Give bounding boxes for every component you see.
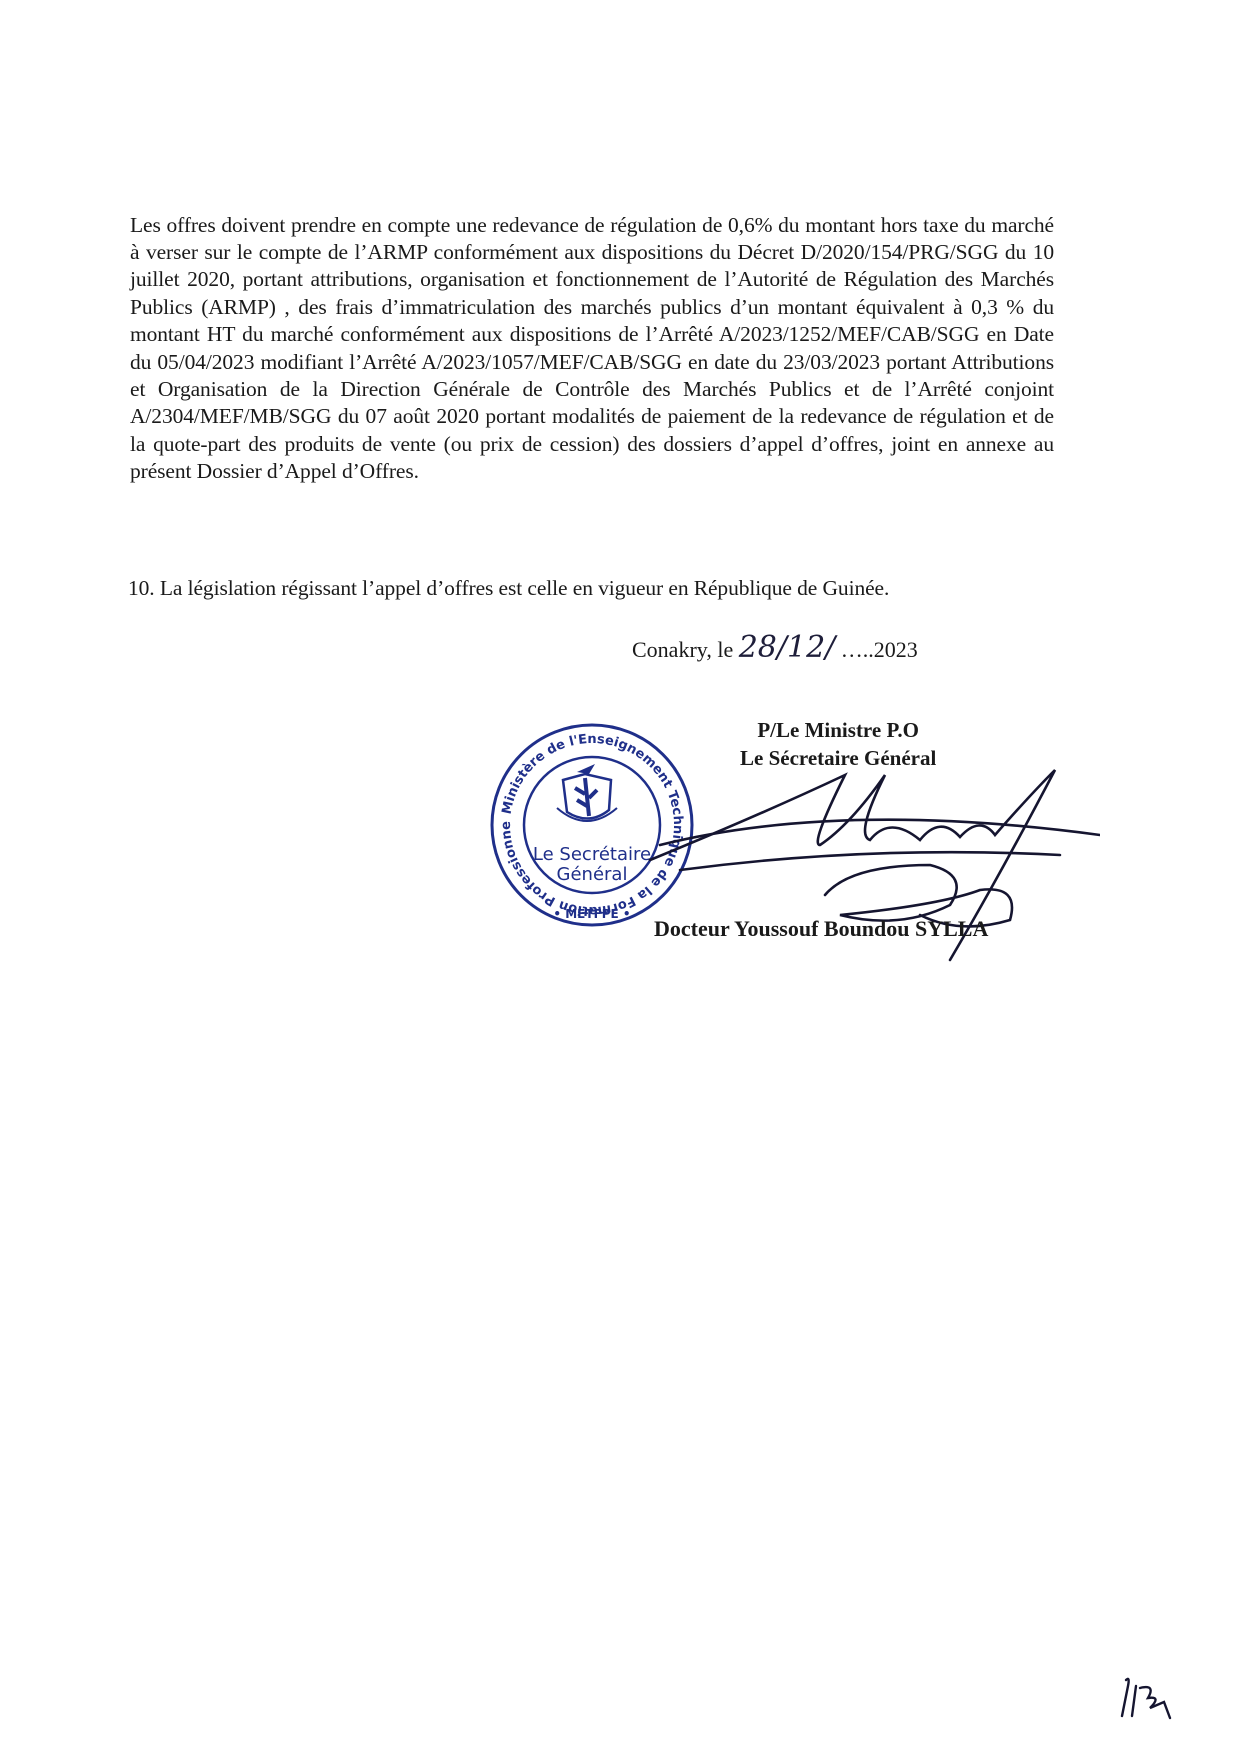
signatory-name: Docteur Youssouf Boundou SYLLA [654,916,988,942]
coat-of-arms-icon [557,764,617,821]
handwritten-date: 28/12/ [739,630,836,665]
page-initials [1118,1672,1178,1722]
date-prefix: Conakry, le [632,637,739,662]
stamp-center-line-1: Le Secrétaire [533,844,651,865]
stamp-abbreviation: • METFPE • [553,907,630,921]
stamp-center-line-2: Général [557,864,628,885]
date-line: Conakry, le 28/12/ …..2023 [632,630,918,665]
regulation-fee-paragraph: Les offres doivent prendre en compte une… [130,212,1054,486]
signatory-title-line-1: P/Le Ministre P.O [740,716,936,744]
legislation-paragraph: 10. La législation régissant l’appel d’o… [128,575,1068,602]
date-year: …..2023 [835,637,918,662]
